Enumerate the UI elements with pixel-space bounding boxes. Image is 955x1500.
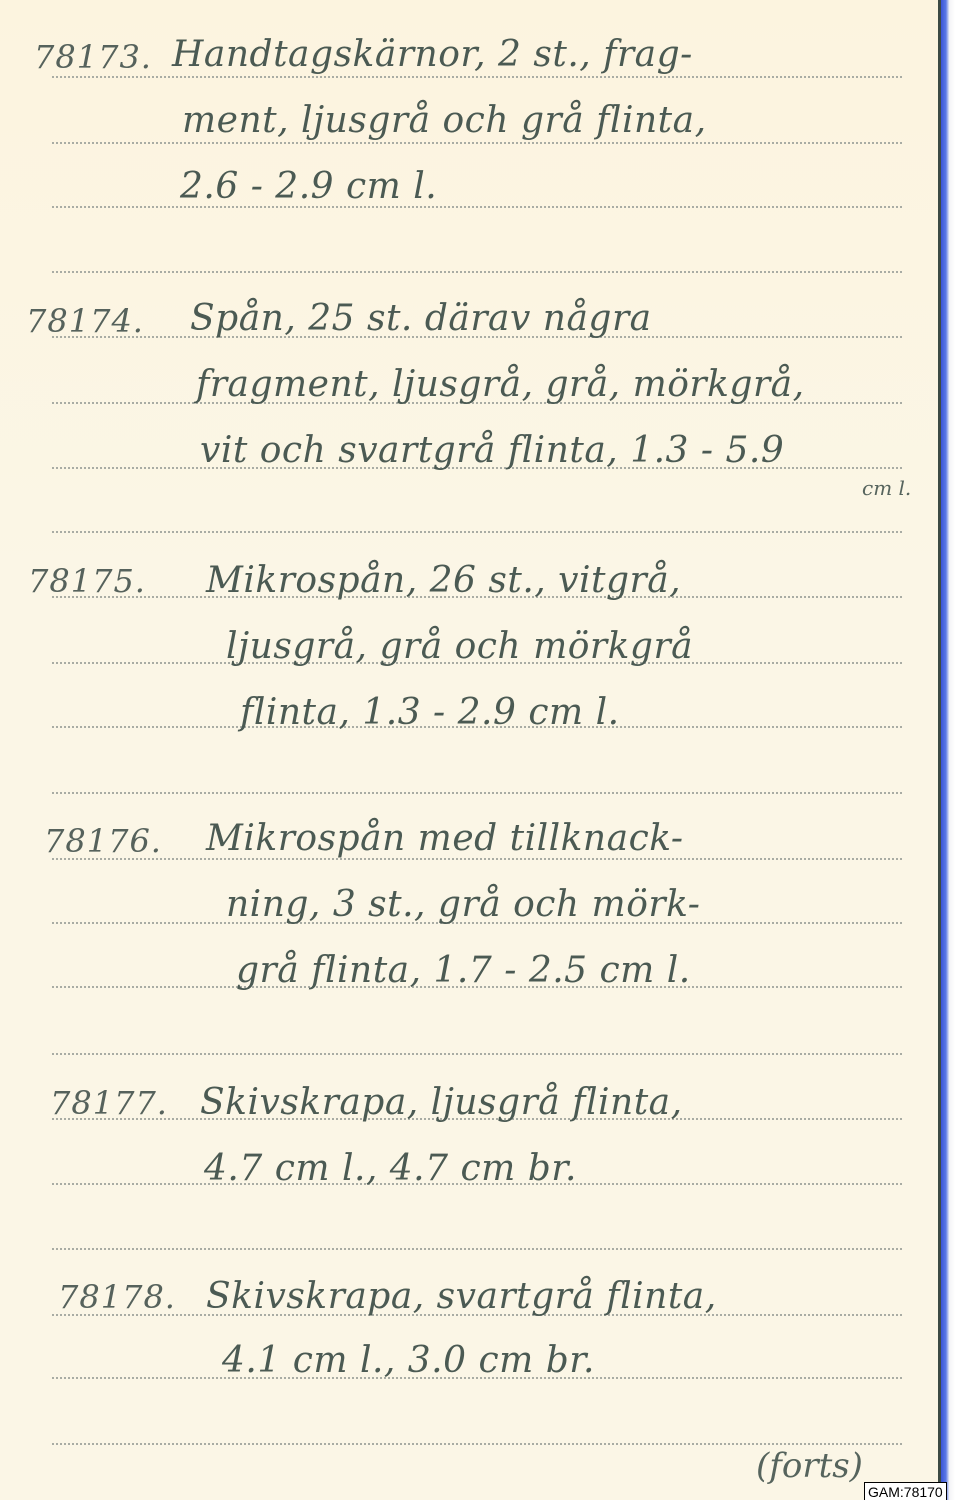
entry-text-line: 4.1 cm l., 3.0 cm br. <box>222 1340 595 1381</box>
entry-text-line: grå flinta, 1.7 - 2.5 cm l. <box>236 950 691 991</box>
entry-number: 78178. <box>58 1278 176 1316</box>
ruled-line <box>52 1053 902 1055</box>
entry-text-line: Skivskrapa, ljusgrå flinta, <box>200 1082 683 1123</box>
archive-id-stamp: GAM:78170 <box>864 1482 947 1500</box>
continuation-note: (forts) <box>756 1446 863 1486</box>
entry-number: 78177. <box>50 1084 168 1122</box>
ruled-line <box>52 1248 902 1250</box>
entry-number: 78175. <box>28 562 146 600</box>
ledger-page: 78173. Handtagskärnor, 2 st., frag- ment… <box>0 0 938 1500</box>
entry-text-line: Skivskrapa, svartgrå flinta, <box>206 1276 717 1317</box>
entry-number: 78176. <box>44 822 162 860</box>
entry-text-line: vit och svartgrå flinta, 1.3 - 5.9 <box>200 430 784 471</box>
ruled-line <box>52 531 902 533</box>
ruled-line <box>52 1443 902 1445</box>
entry-text-line: fragment, ljusgrå, grå, mörkgrå, <box>196 364 805 405</box>
entry-number: 78173. <box>34 38 152 76</box>
ruled-line <box>52 271 902 273</box>
ruled-line <box>52 76 902 78</box>
entry-text-line: flinta, 1.3 - 2.9 cm l. <box>240 692 620 733</box>
entry-text-line: Mikrospån med tillknack- <box>206 818 684 859</box>
book-cover-edge <box>941 0 955 1500</box>
ruled-line <box>52 142 902 144</box>
entry-number: 78174. <box>26 302 144 340</box>
entry-text-line: 4.7 cm l., 4.7 cm br. <box>204 1148 577 1189</box>
entry-text-line: Spån, 25 st. därav några <box>190 298 652 339</box>
entry-text-line: ment, ljusgrå och grå flinta, <box>182 100 707 141</box>
entry-text-line: ljusgrå, grå och mörkgrå <box>226 626 693 667</box>
entry-text-line: Handtagskärnor, 2 st., frag- <box>172 34 693 75</box>
entry-text-line: Mikrospån, 26 st., vitgrå, <box>206 560 681 601</box>
entry-unit-note: cm l. <box>862 476 911 500</box>
ruled-line <box>52 792 902 794</box>
entry-text-line: ning, 3 st., grå och mörk- <box>226 884 700 925</box>
entry-text-line: 2.6 - 2.9 cm l. <box>180 166 437 207</box>
